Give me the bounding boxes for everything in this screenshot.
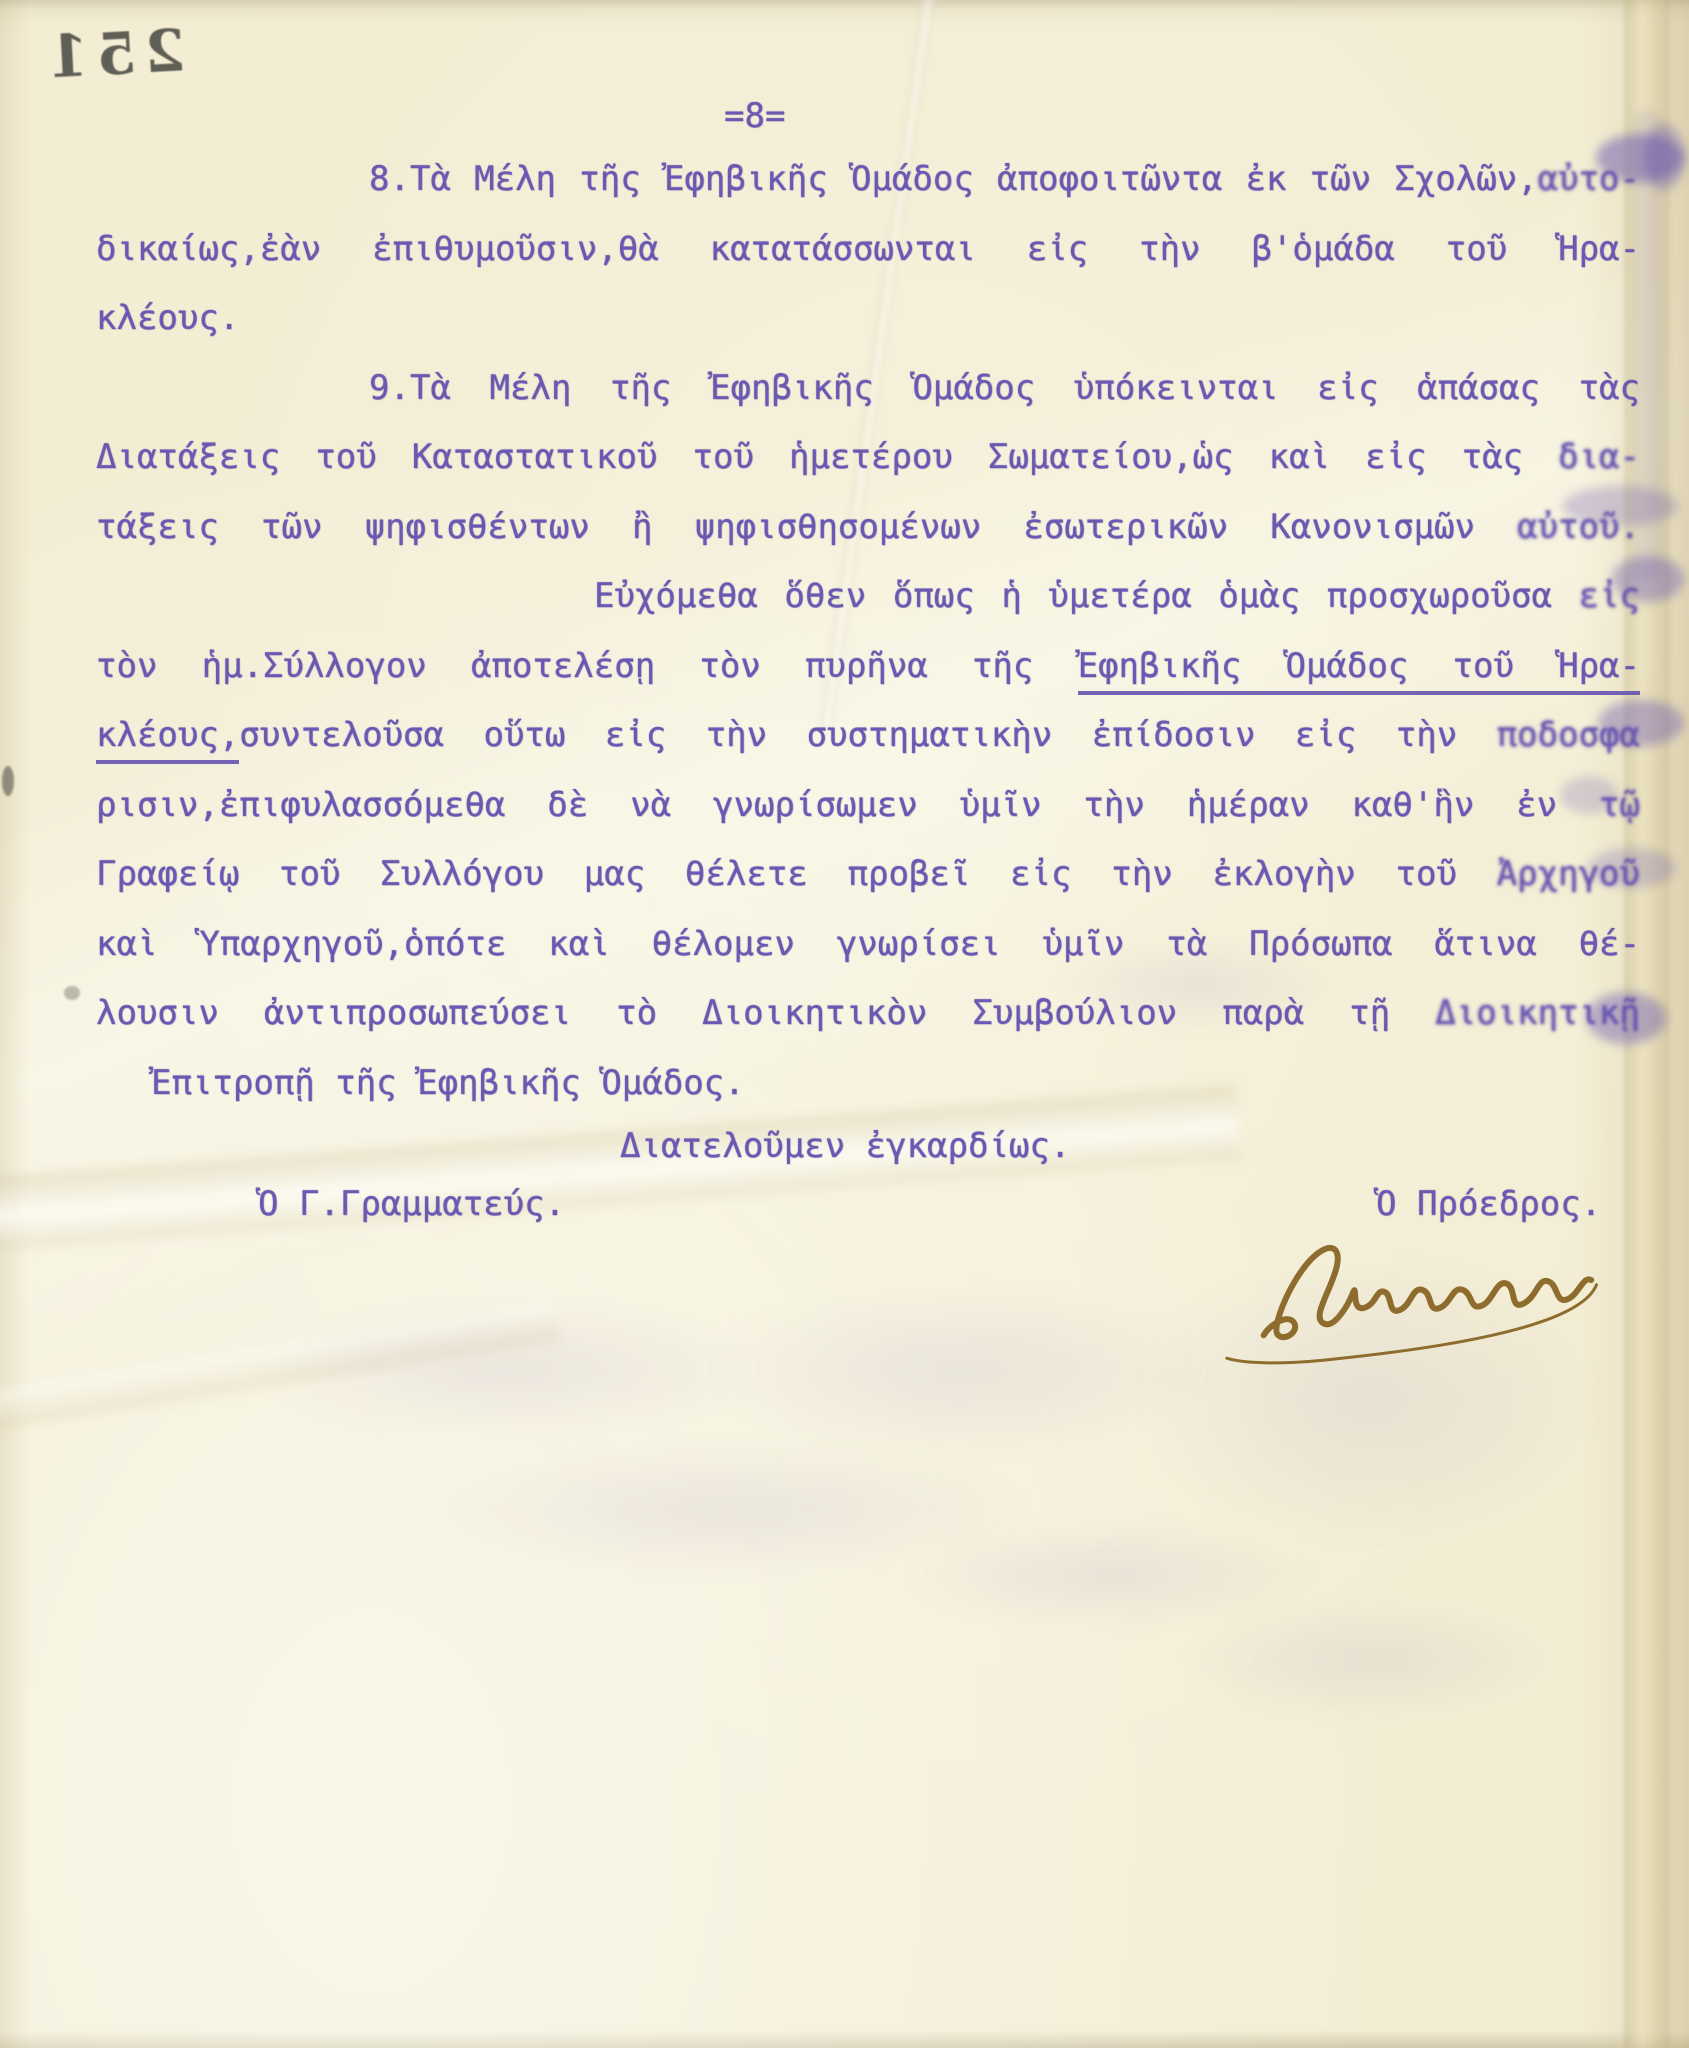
text-layer: 8.Τὰ Μέλη τῆς Ἐφηβικῆς Ὁμάδος ἀποφοιτῶντ… [0, 0, 1689, 2048]
smudged-text: ποδοσφα [1497, 715, 1640, 755]
document-line: Γραφείῳ τοῦ Συλλόγου μας θέλετε προβεῖ ε… [96, 851, 1640, 903]
underlined-text: κλέους, [96, 715, 239, 764]
document-line: κλέους,συντελοῦσα οὕτω εἰς τὴν συστηματι… [96, 712, 1640, 764]
document-line: 9.Τὰ Μέλη τῆς Ἐφηβικῆς Ὁμάδος ὑπόκεινται… [96, 365, 1640, 417]
document-page: 251 =8= 8.Τὰ Μέλη τῆς Ἐφηβικῆς Ὁμάδος ἀπ… [0, 0, 1689, 2048]
text-segment: Ἐπιτροπῇ τῆς Ἐφηβικῆς Ὁμάδος. [151, 1063, 745, 1103]
paper-speck [64, 986, 80, 1000]
text-segment: ρισιν,ἐπιφυλασσόμεθα δὲ νὰ γνωρίσωμεν ὑμ… [96, 785, 1599, 825]
text-segment: 9.Τὰ Μέλη τῆς Ἐφηβικῆς Ὁμάδος ὑπόκεινται… [369, 368, 1640, 408]
paper-speck [2, 766, 14, 796]
document-line: Διατάξεις τοῦ Καταστατικοῦ τοῦ ἡμετέρου … [96, 434, 1640, 486]
document-line: τάξεις τῶν ψηφισθέντων ἢ ψηφισθησομένων … [96, 504, 1640, 556]
document-line: δικαίως,ἐὰν ἐπιθυμοῦσιν,θὰ κατατάσσωνται… [96, 226, 1640, 278]
text-segment: Γραφείῳ τοῦ Συλλόγου μας θέλετε προβεῖ ε… [96, 854, 1497, 894]
smudged-text: εἰς [1579, 576, 1640, 616]
text-segment: καὶ Ὑπαρχηγοῦ,ὁπότε καὶ θέλομεν γνωρίσει… [96, 924, 1640, 964]
text-segment: λουσιν ἀντιπροσωπεύσει τὸ Διοικητικὸν Συ… [96, 993, 1435, 1033]
document-line: λουσιν ἀντιπροσωπεύσει τὸ Διοικητικὸν Συ… [96, 990, 1640, 1042]
document-line: Εὐχόμεθα ὅθεν ὅπως ἡ ὑμετέρα ὁμὰς προσχω… [96, 573, 1640, 625]
document-line: 8.Τὰ Μέλη τῆς Ἐφηβικῆς Ὁμάδος ἀποφοιτῶντ… [96, 156, 1640, 208]
text-segment: κλέους. [96, 298, 239, 338]
text-segment: τὸν ἡμ.Σύλλογον ἀποτελέσῃ τὸν πυρῆνα τῆς [96, 646, 1078, 686]
document-line: κλέους. [96, 295, 1640, 347]
president-handwritten-signature [1196, 1202, 1684, 1397]
text-segment: τάξεις τῶν ψηφισθέντων ἢ ψηφισθησομένων … [96, 507, 1517, 547]
text-segment: συντελοῦσα οὕτω εἰς τὴν συστηματικὴν ἐπί… [239, 715, 1496, 755]
smudged-text: αὐτοῦ. [1517, 507, 1640, 547]
smudged-text: Διοικητικῇ [1435, 993, 1640, 1033]
text-segment: Διατάξεις τοῦ Καταστατικοῦ τοῦ ἡμετέρου … [96, 437, 1558, 477]
smudged-text: αὐτο- [1538, 159, 1640, 199]
text-segment: Εὐχόμεθα ὅθεν ὅπως ἡ ὑμετέρα ὁμὰς προσχω… [594, 576, 1579, 616]
closing-salutation: Διατελοῦμεν ἐγκαρδίως. [620, 1126, 1070, 1166]
smudged-text: δια- [1558, 437, 1640, 477]
secretary-title-label: Ὁ Γ.Γραμματεύς. [258, 1184, 565, 1224]
underlined-text: Ἐφηβικῆς Ὁμάδος τοῦ Ἡρα- [1078, 646, 1640, 695]
document-line: ρισιν,ἐπιφυλασσόμεθα δὲ νὰ γνωρίσωμεν ὑμ… [96, 782, 1640, 834]
text-segment: 8.Τὰ Μέλη τῆς Ἐφηβικῆς Ὁμάδος ἀποφοιτῶντ… [369, 159, 1538, 199]
document-line: Ἐπιτροπῇ τῆς Ἐφηβικῆς Ὁμάδος. [96, 1060, 1640, 1112]
smudged-text: τῷ [1599, 785, 1640, 825]
document-line: τὸν ἡμ.Σύλλογον ἀποτελέσῃ τὸν πυρῆνα τῆς… [96, 643, 1640, 695]
smudged-text: Ἀρχηγοῦ [1497, 854, 1640, 894]
document-line: καὶ Ὑπαρχηγοῦ,ὁπότε καὶ θέλομεν γνωρίσει… [96, 921, 1640, 973]
text-segment: δικαίως,ἐὰν ἐπιθυμοῦσιν,θὰ κατατάσσωνται… [96, 229, 1640, 269]
